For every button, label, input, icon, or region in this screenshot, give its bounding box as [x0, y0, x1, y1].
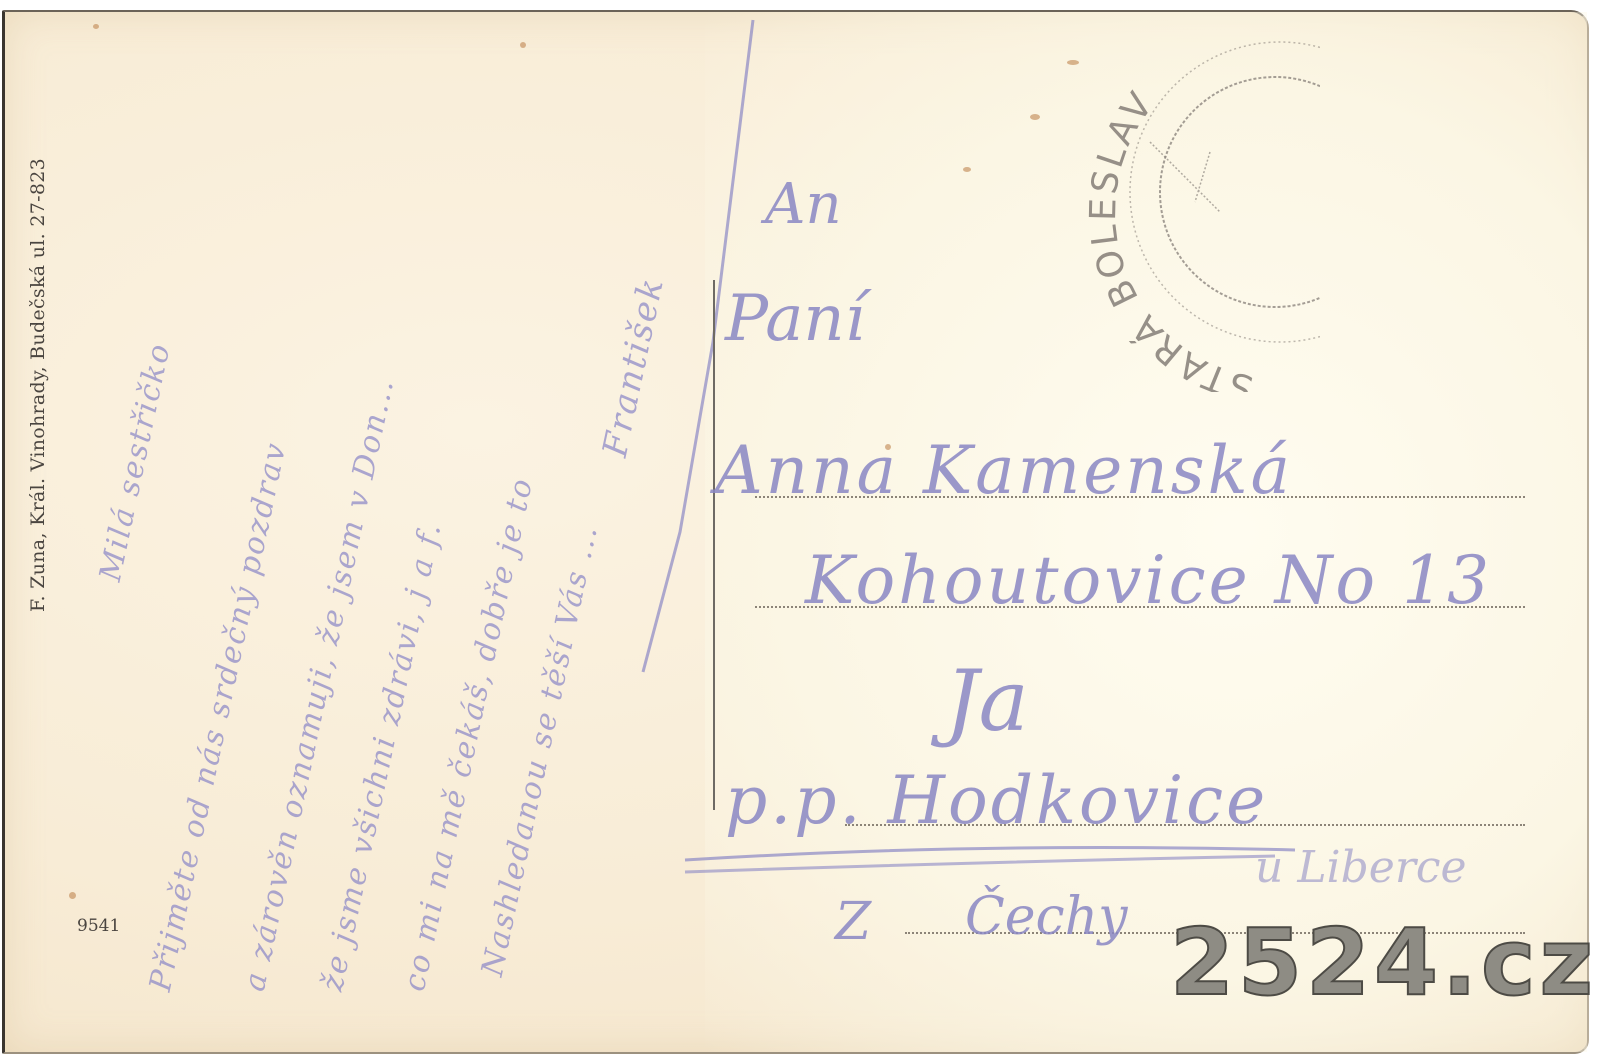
- address-town-prefix: Ja: [945, 652, 1029, 750]
- address-street: Kohoutovice No 13: [805, 542, 1492, 619]
- address-recipient: Anna Kamenská: [715, 432, 1293, 509]
- card-number: 9541: [77, 916, 120, 936]
- publisher-imprint: F. Zuna, Král. Vinohrady, Budečská ul. 2…: [27, 12, 49, 612]
- address-title: Paní: [725, 282, 865, 356]
- foxing-spot: [69, 892, 76, 899]
- postcard-back: F. Zuna, Král. Vinohrady, Budečská ul. 2…: [2, 10, 1589, 1054]
- address-country: Čechy: [965, 887, 1128, 947]
- message-line: Milá sestřičko: [93, 339, 178, 584]
- foxing-spot: [93, 24, 99, 29]
- postmark-stamp: STARÁ BOLESLAV: [1080, 32, 1320, 392]
- strike-through-lines: [675, 832, 1315, 892]
- foxing-spot: [1067, 60, 1079, 65]
- card-divider-line: [713, 280, 715, 810]
- foxing-spot: [963, 167, 971, 172]
- address-country-prefix: Z: [835, 892, 871, 952]
- foxing-spot: [1030, 114, 1040, 120]
- address-post-office: p.p. Hodkovice: [725, 762, 1268, 839]
- svg-text:STARÁ BOLESLAV: STARÁ BOLESLAV: [1083, 83, 1257, 392]
- postmark-text: STARÁ BOLESLAV: [1083, 83, 1257, 392]
- watermark: 2524.cz: [1170, 917, 1597, 1009]
- address-salutation: An: [765, 172, 842, 237]
- foxing-spot: [520, 42, 526, 48]
